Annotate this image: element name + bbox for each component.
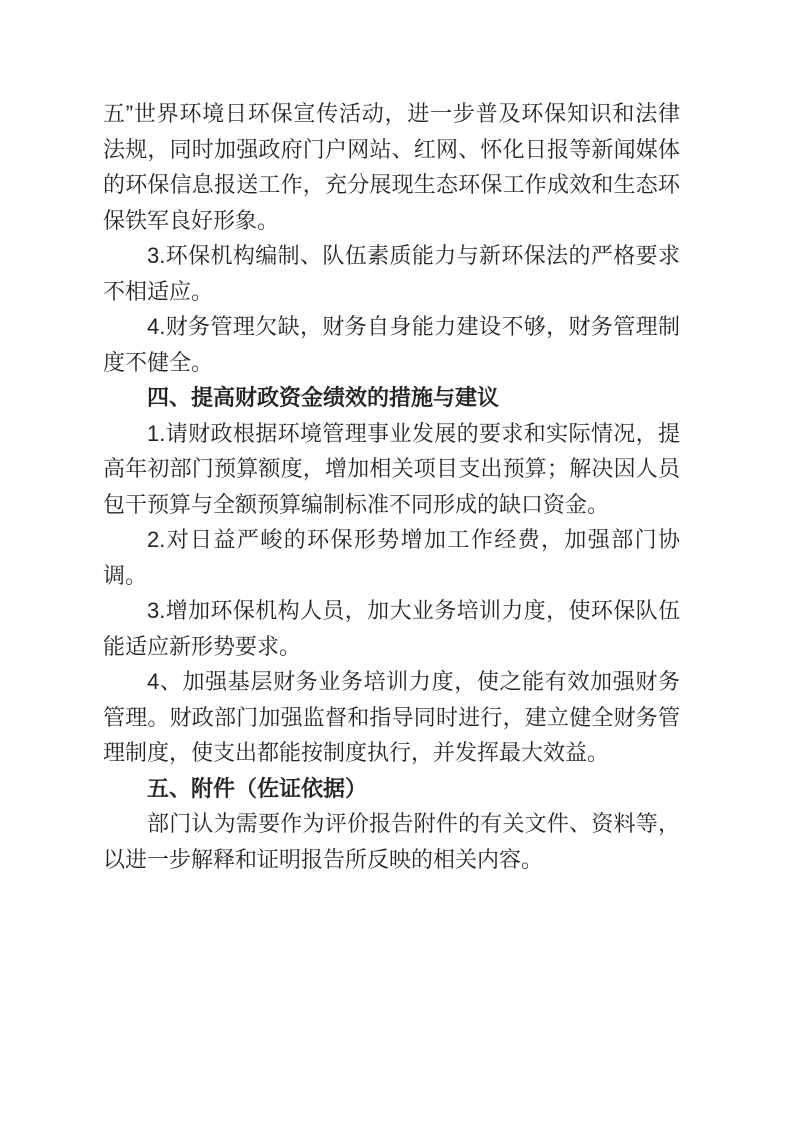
- document-page: 五”世界环境日环保宣传活动，进一步普及环保知识和法律法规，同时加强政府门户网站、…: [0, 0, 793, 1122]
- paragraph-suggestion-4: 4、加强基层财务业务培训力度，使之能有效加强财务管理。财政部门加强监督和指导同时…: [103, 664, 680, 771]
- document-text-block: 五”世界环境日环保宣传活动，进一步普及环保知识和法律法规，同时加强政府门户网站、…: [103, 96, 680, 877]
- paragraph-issue-4: 4.财务管理欠缺，财务自身能力建设不够，财务管理制度不健全。: [103, 309, 680, 380]
- paragraph-suggestion-1: 1.请财政根据环境管理事业发展的要求和实际情况，提高年初部门预算额度，增加相关项…: [103, 416, 680, 523]
- section-heading-4: 四、提高财政资金绩效的措施与建议: [103, 380, 680, 416]
- paragraph-suggestion-3: 3.增加环保机构人员，加大业务培训力度，使环保队伍能适应新形势要求。: [103, 593, 680, 664]
- paragraph-suggestion-2: 2.对日益严峻的环保形势增加工作经费，加强部门协调。: [103, 522, 680, 593]
- paragraph-continuation: 五”世界环境日环保宣传活动，进一步普及环保知识和法律法规，同时加强政府门户网站、…: [103, 96, 680, 238]
- paragraph-attachment-note: 部门认为需要作为评价报告附件的有关文件、资料等，以进一步解释和证明报告所反映的相…: [103, 806, 680, 877]
- paragraph-issue-3: 3.环保机构编制、队伍素质能力与新环保法的严格要求不相适应。: [103, 238, 680, 309]
- section-heading-5: 五、附件（佐证依据）: [103, 771, 680, 807]
